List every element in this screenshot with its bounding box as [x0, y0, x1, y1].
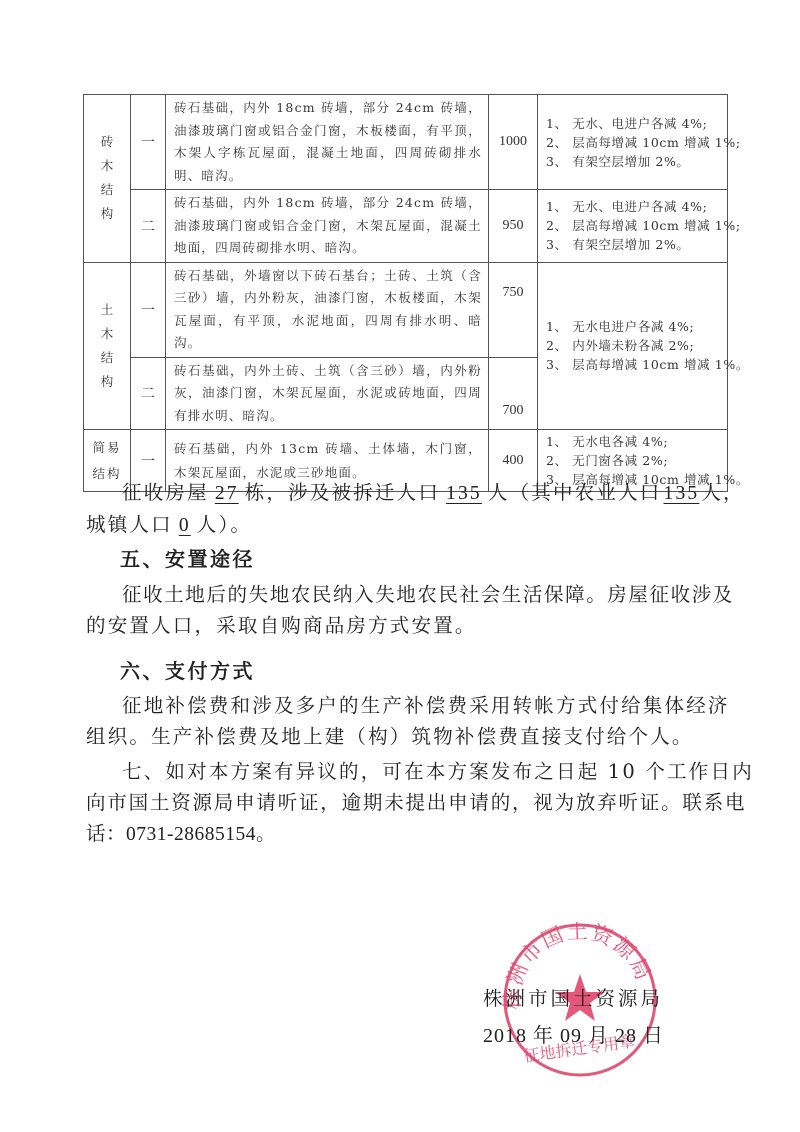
price-cell: 700: [489, 357, 538, 430]
grade-cell: 一: [131, 262, 166, 357]
section-body-payment: 征地补偿费和涉及多户的生产补偿费采用转帐方式付给集体经济 组织。生产补偿费及地上…: [86, 690, 762, 752]
document-page: 砖 木 结 构 一 砖石基础，内外 18cm 砖墙，部分 24cm 砖墙，油漆玻…: [0, 0, 800, 1132]
grade-cell: 二: [131, 357, 166, 430]
population-count: 135: [440, 483, 488, 504]
compensation-standard-table: 砖 木 结 构 一 砖石基础，内外 18cm 砖墙，部分 24cm 砖墙，油漆玻…: [83, 94, 728, 492]
agricultural-count: 135: [662, 483, 702, 504]
price-cell: 950: [489, 190, 538, 263]
adjustment-cell: 1、 无水、电进户各减 4%; 2、 层高每增减 10cm 增减 1%; 3、 …: [538, 190, 728, 263]
description-cell: 砖石基础，内外 18cm 砖墙，部分 24cm 砖墙，油漆玻璃门窗或铝合金门窗，…: [166, 190, 489, 263]
description-cell: 砖石基础，内外土砖、土筑（含三砂）墙，内外粉灰，油漆门窗，木架瓦屋面，水泥或砖地…: [166, 357, 489, 430]
description-cell: 砖石基础，外墙窗以下砖石基台；土砖、土筑（含三砂）墙，内外粉灰，油漆门窗，木板楼…: [166, 262, 489, 357]
section-body-objection: 七、如对本方案有异议的，可在本方案发布之日起 10 个工作日内 向市国土资源局申…: [86, 756, 762, 850]
adjustment-cell: 1、 无水电进户各减 4%; 2、 内外墙未粉各减 2%; 3、 层高每增减 1…: [538, 262, 728, 430]
issue-date: 2018 年 09 月 28 日: [483, 1019, 664, 1048]
table-row: 土 木 结 构 一 砖石基础，外墙窗以下砖石基台；土砖、土筑（含三砂）墙，内外粉…: [84, 262, 728, 357]
adjustment-cell: 1、 无水、电进户各减 4%; 2、 层高每增减 10cm 增减 1%; 3、 …: [538, 95, 728, 190]
section-body-resettlement: 征收土地后的失地农民纳入失地农民社会生活保障。房屋征收涉及 的安置人口，采取自购…: [86, 579, 762, 641]
category-cell: 土 木 结 构: [84, 262, 131, 430]
price-cell: 750: [489, 262, 538, 357]
section-heading-payment: 六、支付方式: [120, 655, 255, 684]
table-row: 二 砖石基础，内外 18cm 砖墙，部分 24cm 砖墙，油漆玻璃门窗或铝合金门…: [84, 190, 728, 263]
issuing-organization: 株洲市国土资源局: [483, 983, 663, 1011]
category-cell: 砖 木 结 构: [84, 95, 131, 263]
section-heading-resettlement: 五、安置途径: [120, 543, 255, 572]
price-cell: 1000: [489, 95, 538, 190]
description-cell: 砖石基础，内外 18cm 砖墙，部分 24cm 砖墙，油漆玻璃门窗或铝合金门窗，…: [166, 95, 489, 190]
grade-cell: 一: [131, 95, 166, 190]
grade-cell: 二: [131, 190, 166, 263]
houses-count: 27: [209, 483, 245, 504]
urban-count: 0: [173, 515, 197, 536]
table-row: 砖 木 结 构 一 砖石基础，内外 18cm 砖墙，部分 24cm 砖墙，油漆玻…: [84, 95, 728, 190]
summary-paragraph: 征收房屋27栋，涉及被拆迁人口135人（其中农业人口135人， 城镇人口0人）。: [86, 477, 762, 541]
